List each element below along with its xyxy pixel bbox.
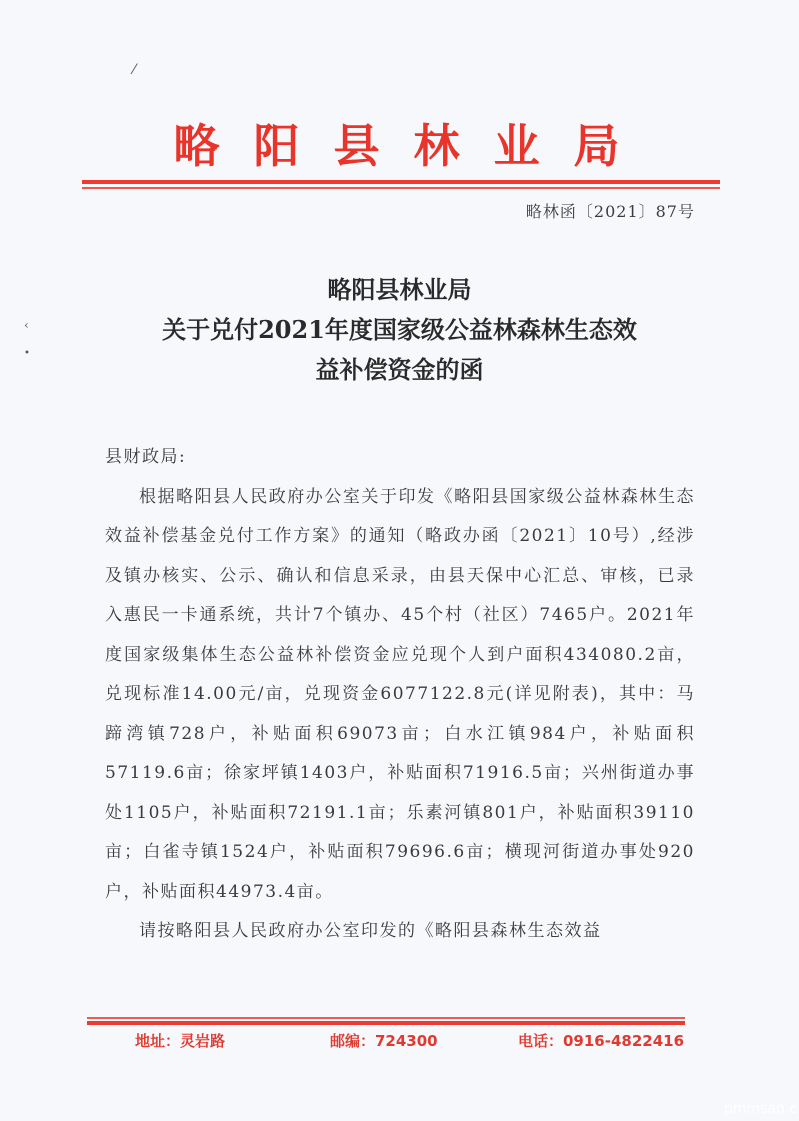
divider-thin-line bbox=[87, 1017, 685, 1019]
title-line-2: 关于兑付2021年度国家级公益林森林生态效 bbox=[0, 310, 799, 350]
divider-thin-line bbox=[82, 187, 720, 189]
watermark: pmmsap.c bbox=[724, 1101, 797, 1117]
scan-mark: ⁄ bbox=[133, 62, 135, 78]
footer-address: 地址：灵岩路 bbox=[135, 1030, 225, 1051]
title-line-3: 益补偿资金的函 bbox=[0, 350, 799, 390]
body-paragraph-1: 根据略阳县人民政府办公室关于印发《略阳县国家级公益林森林生态效益补偿基金兑付工作… bbox=[105, 478, 695, 913]
title-line-1: 略阳县林业局 bbox=[0, 270, 799, 310]
body-paragraph-2: 请按略阳县人民政府办公室印发的《略阳县森林生态效益 bbox=[105, 912, 695, 952]
divider-thick-line bbox=[87, 1021, 685, 1025]
document-title: 略阳县林业局 关于兑付2021年度国家级公益林森林生态效 益补偿资金的函 bbox=[0, 270, 799, 390]
salutation: 县财政局: bbox=[105, 438, 695, 478]
footer-phone: 电话：0916-4822416 bbox=[518, 1030, 684, 1051]
document-body: 县财政局: 根据略阳县人民政府办公室关于印发《略阳县国家级公益林森林生态效益补偿… bbox=[105, 438, 695, 952]
letterhead-title: 略阳县林业局 bbox=[0, 110, 799, 176]
divider-thick-line bbox=[82, 180, 720, 184]
document-number: 略林函〔2021〕87号 bbox=[526, 199, 695, 222]
footer-postcode: 邮编：724300 bbox=[330, 1030, 438, 1051]
